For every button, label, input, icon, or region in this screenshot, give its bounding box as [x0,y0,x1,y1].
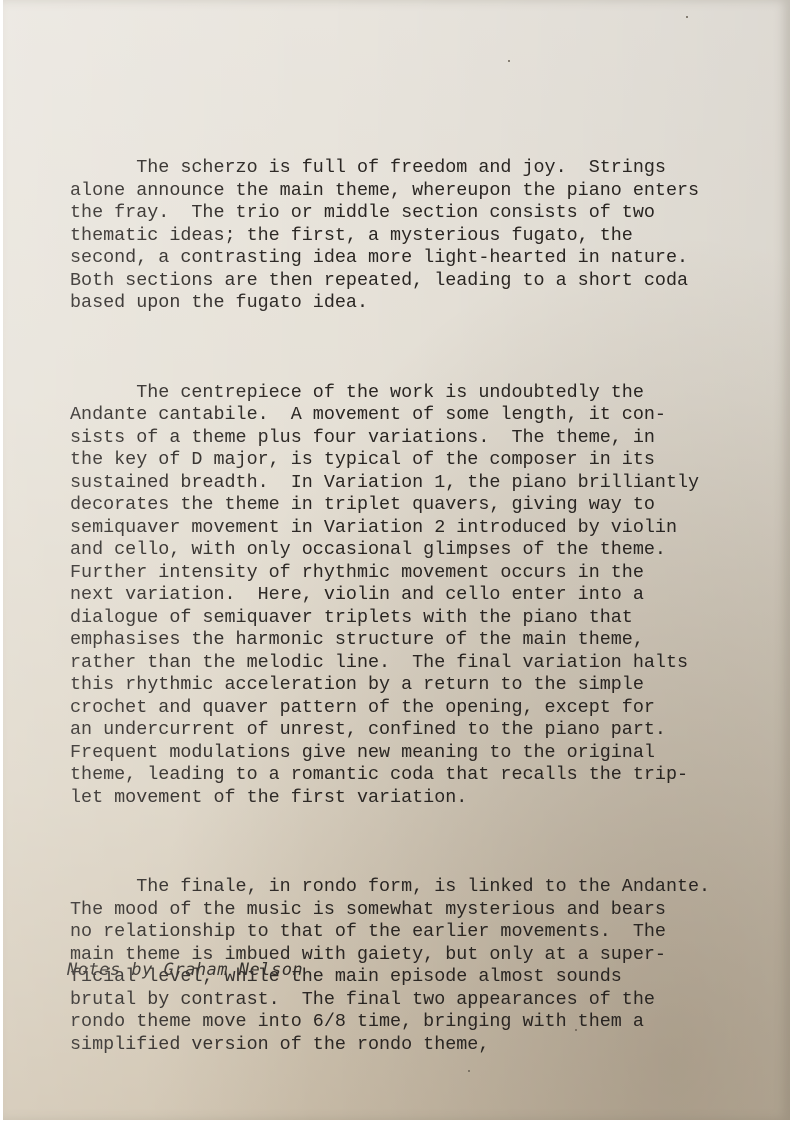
text-line: semiquaver movement in Variation 2 intro… [70,517,770,540]
text-line: Frequent modulations give new meaning to… [70,742,770,765]
text-line: The finale, in rondo form, is linked to … [70,876,770,899]
text-line: the fray. The trio or middle section con… [70,202,770,225]
text-line: the key of D major, is typical of the co… [70,449,770,472]
paper-speck [508,60,510,62]
text-line: decorates the theme in triplet quavers, … [70,494,770,517]
text-line: crochet and quaver pattern of the openin… [70,697,770,720]
text-line: theme, leading to a romantic coda that r… [70,764,770,787]
text-line: Both sections are then repeated, leading… [70,270,770,293]
text-line: based upon the fugato idea. [70,292,770,315]
text-line: simplified version of the rondo theme, [70,1034,770,1057]
text-line: alone announce the main theme, whereupon… [70,180,770,203]
text-line: let movement of the first variation. [70,787,770,810]
text-line: The mood of the music is somewhat myster… [70,899,770,922]
text-line: no relationship to that of the earlier m… [70,921,770,944]
text-line: The centrepiece of the work is undoubted… [70,382,770,405]
text-line: emphasises the harmonic structure of the… [70,629,770,652]
text-line: brutal by contrast. The final two appear… [70,989,770,1012]
text-line: second, a contrasting idea more light-he… [70,247,770,270]
paper-speck [686,16,688,18]
document-page: The scherzo is full of freedom and joy. … [3,0,790,1120]
text-line: rondo theme move into 6/8 time, bringing… [70,1011,770,1034]
text-line: and cello, with only occasional glimpses… [70,539,770,562]
text-line: thematic ideas; the first, a mysterious … [70,225,770,248]
text-line: this rhythmic acceleration by a return t… [70,674,770,697]
text-line: dialogue of semiquaver triplets with the… [70,607,770,630]
text-line: Andante cantabile. A movement of some le… [70,404,770,427]
paragraph-andante: The centrepiece of the work is undoubted… [70,382,770,810]
text-line: Further intensity of rhythmic movement o… [70,562,770,585]
text-line: next variation. Here, violin and cello e… [70,584,770,607]
text-line: sustained breadth. In Variation 1, the p… [70,472,770,495]
text-line: an undercurrent of unrest, confined to t… [70,719,770,742]
author-signature: Notes by Graham Nelson [67,960,303,980]
paragraph-scherzo: The scherzo is full of freedom and joy. … [70,157,770,315]
text-line: The scherzo is full of freedom and joy. … [70,157,770,180]
text-line: rather than the melodic line. The final … [70,652,770,675]
text-line: sists of a theme plus four variations. T… [70,427,770,450]
